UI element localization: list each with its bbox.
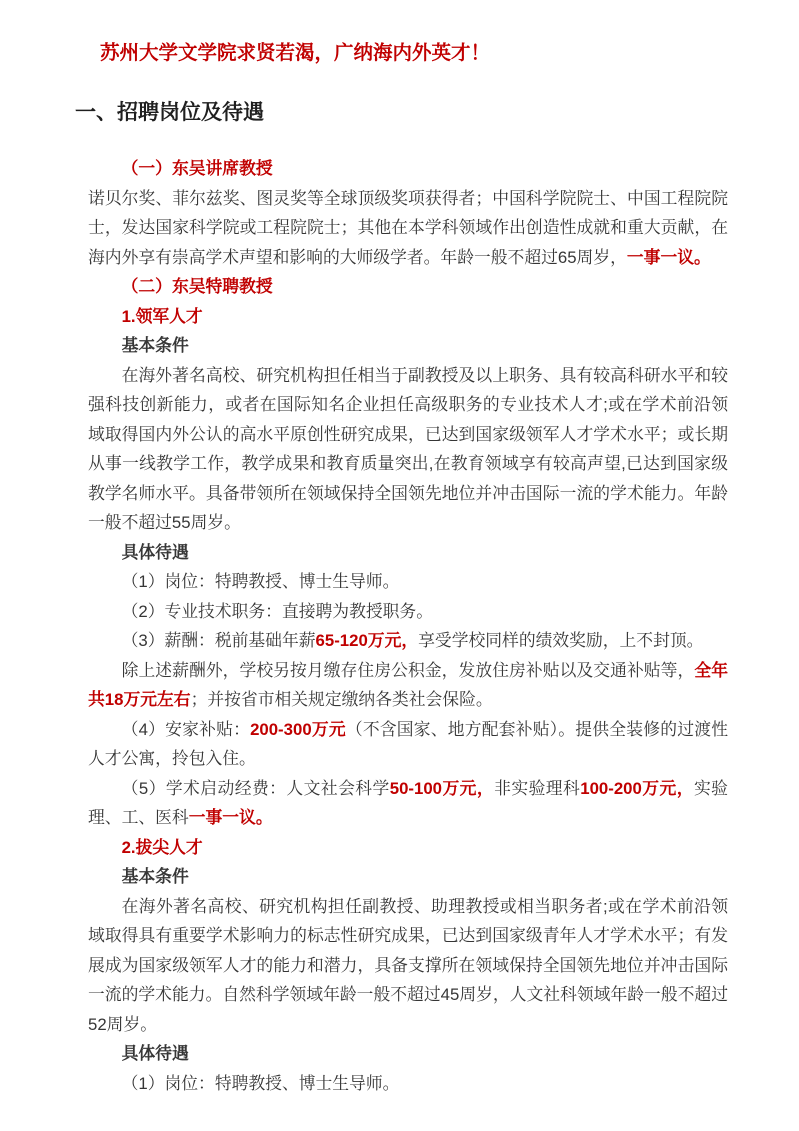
highlight-run: 1.领军人才 (122, 307, 203, 326)
item-top-position: （1）岗位：特聘教授、博士生导师。 (88, 1069, 728, 1099)
para-leading-talent-conditions: 在海外著名高校、研究机构担任相当于副教授及以上职务、具有较高科研水平和较强科技创… (88, 361, 728, 538)
text-run: 基本条件 (122, 336, 189, 355)
text-run: ；并按省市相关规定缴纳各类社会保险。 (191, 690, 493, 709)
text-run: （5）学术启动经费：人文社会科学 (122, 779, 390, 798)
item-leading-professional-title: （2）专业技术职务：直接聘为教授职务。 (88, 597, 728, 627)
text-run: 具体待遇 (122, 1044, 189, 1063)
text-run: （2）专业技术职务：直接聘为教授职务。 (122, 602, 433, 621)
item-leading-salary: （3）薪酬：税前基础年薪65-120万元，享受学校同样的绩效奖励，上不封顶。 (88, 626, 728, 656)
item-leading-startup-funding: （5）学术启动经费：人文社会科学50-100万元，非实验理科100-200万元，… (88, 774, 728, 833)
highlight-run: （二）东吴特聘教授 (122, 277, 273, 296)
text-run: （4）安家补贴： (122, 720, 250, 739)
text-run: （1）岗位：特聘教授、博士生导师。 (122, 572, 400, 591)
item-leading-settling-allowance: （4）安家补贴：200-300万元（不含国家、地方配套补贴）。提供全装修的过渡性… (88, 715, 728, 774)
label-basic-conditions-leading: 基本条件 (88, 331, 728, 361)
sub-heading-top-talent: 2.拔尖人才 (88, 833, 728, 863)
highlight-run: 50-100万元， (390, 779, 494, 798)
text-run: （3）薪酬：税前基础年薪 (122, 631, 316, 650)
highlight-run: 65-120万元， (316, 631, 419, 650)
sub-heading-dongwu-chair-professor: （一）东吴讲席教授 (88, 154, 728, 184)
text-run: 在海外著名高校、研究机构担任副教授、助理教授或相当职务者;或在学术前沿领域取得具… (88, 897, 728, 1034)
document-body: （一）东吴讲席教授诺贝尔奖、菲尔兹奖、图灵奖等全球顶级奖项获得者；中国科学院院士… (88, 154, 728, 1098)
highlight-run: 2.拔尖人才 (122, 838, 203, 857)
highlight-run: 100-200万元， (580, 779, 694, 798)
label-specific-benefits-top: 具体待遇 (88, 1039, 728, 1069)
document-title: 苏州大学文学院求贤若渴，广纳海内外英才！ (100, 41, 728, 65)
highlight-run: 200-300万元 (250, 720, 346, 739)
highlight-run: 一事一议。 (627, 248, 711, 267)
text-run: 在海外著名高校、研究机构担任相当于副教授及以上职务、具有较高科研水平和较强科技创… (88, 366, 728, 533)
sub-heading-leading-talent: 1.领军人才 (88, 302, 728, 332)
text-run: 非实验理科 (494, 779, 580, 798)
label-specific-benefits-leading: 具体待遇 (88, 538, 728, 568)
item-leading-position: （1）岗位：特聘教授、博士生导师。 (88, 567, 728, 597)
text-run: （1）岗位：特聘教授、博士生导师。 (122, 1074, 400, 1093)
main-heading: 一、招聘岗位及待遇 (75, 100, 728, 125)
text-run: 除上述薪酬外，学校另按月缴存住房公积金，发放住房补贴以及交通补贴等， (122, 661, 695, 680)
para-top-talent-conditions: 在海外著名高校、研究机构担任副教授、助理教授或相当职务者;或在学术前沿领域取得具… (88, 892, 728, 1040)
para-leading-additional-benefits: 除上述薪酬外，学校另按月缴存住房公积金，发放住房补贴以及交通补贴等，全年共18万… (88, 656, 728, 715)
text-run: 基本条件 (122, 867, 189, 886)
highlight-run: 一事一议。 (189, 808, 273, 827)
sub-heading-dongwu-distinguished-professor: （二）东吴特聘教授 (88, 272, 728, 302)
text-run: 具体待遇 (122, 543, 189, 562)
text-run: 享受学校同样的绩效奖励，上不封顶。 (418, 631, 703, 650)
highlight-run: （一）东吴讲席教授 (122, 159, 273, 178)
label-basic-conditions-top: 基本条件 (88, 862, 728, 892)
document-page: 苏州大学文学院求贤若渴，广纳海内外英才！ 一、招聘岗位及待遇 （一）东吴讲席教授… (0, 0, 799, 1131)
para-chair-professor-criteria: 诺贝尔奖、菲尔兹奖、图灵奖等全球顶级奖项获得者；中国科学院院士、中国工程院院士，… (88, 184, 728, 273)
